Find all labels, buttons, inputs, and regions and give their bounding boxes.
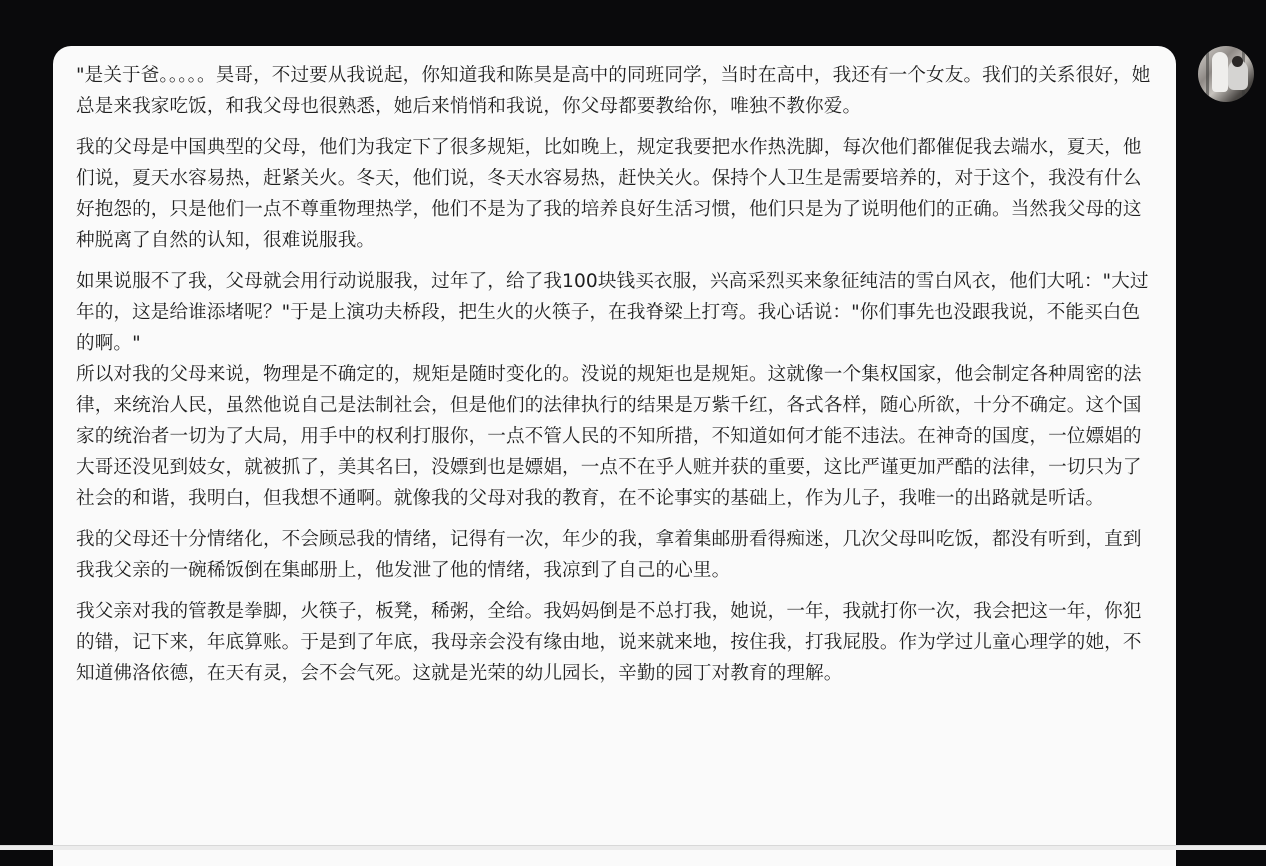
avatar-figure-head <box>1232 56 1243 67</box>
message-paragraph-3: 如果说服不了我，父母就会用行动说服我，过年了，给了我100块钱买衣服，兴高采烈买… <box>76 266 1154 359</box>
message-paragraph-6: 我父亲对我的管教是拳脚，火筷子，板凳，稀粥，全给。我妈妈倒是不总打我，她说，一年… <box>76 596 1154 689</box>
avatar-stripe <box>1206 46 1209 102</box>
user-avatar-photo-icon[interactable] <box>1198 46 1254 102</box>
message-paragraph-1: "是关于爸。。。。。昊哥，不过要从我说起，你知道我和陈昊是高中的同班同学，当时在… <box>76 60 1154 122</box>
message-paragraph-2: 我的父母是中国典型的父母，他们为我定下了很多规矩，比如晚上，规定我要把水作热洗脚… <box>76 132 1154 256</box>
chat-area[interactable]: "是关于爸。。。。。昊哥，不过要从我说起，你知道我和陈昊是高中的同班同学，当时在… <box>0 0 1266 845</box>
avatar-figure <box>1212 52 1228 92</box>
bottom-divider <box>0 845 1266 850</box>
message-bubble[interactable]: "是关于爸。。。。。昊哥，不过要从我说起，你知道我和陈昊是高中的同班同学，当时在… <box>53 46 1176 850</box>
message-paragraph-5: 我的父母还十分情绪化，不会顾忌我的情绪，记得有一次，年少的我，拿着集邮册看得痴迷… <box>76 524 1154 586</box>
message-paragraph-4: 所以对我的父母来说，物理是不确定的，规矩是随时变化的。没说的规矩也是规矩。这就像… <box>76 359 1154 514</box>
